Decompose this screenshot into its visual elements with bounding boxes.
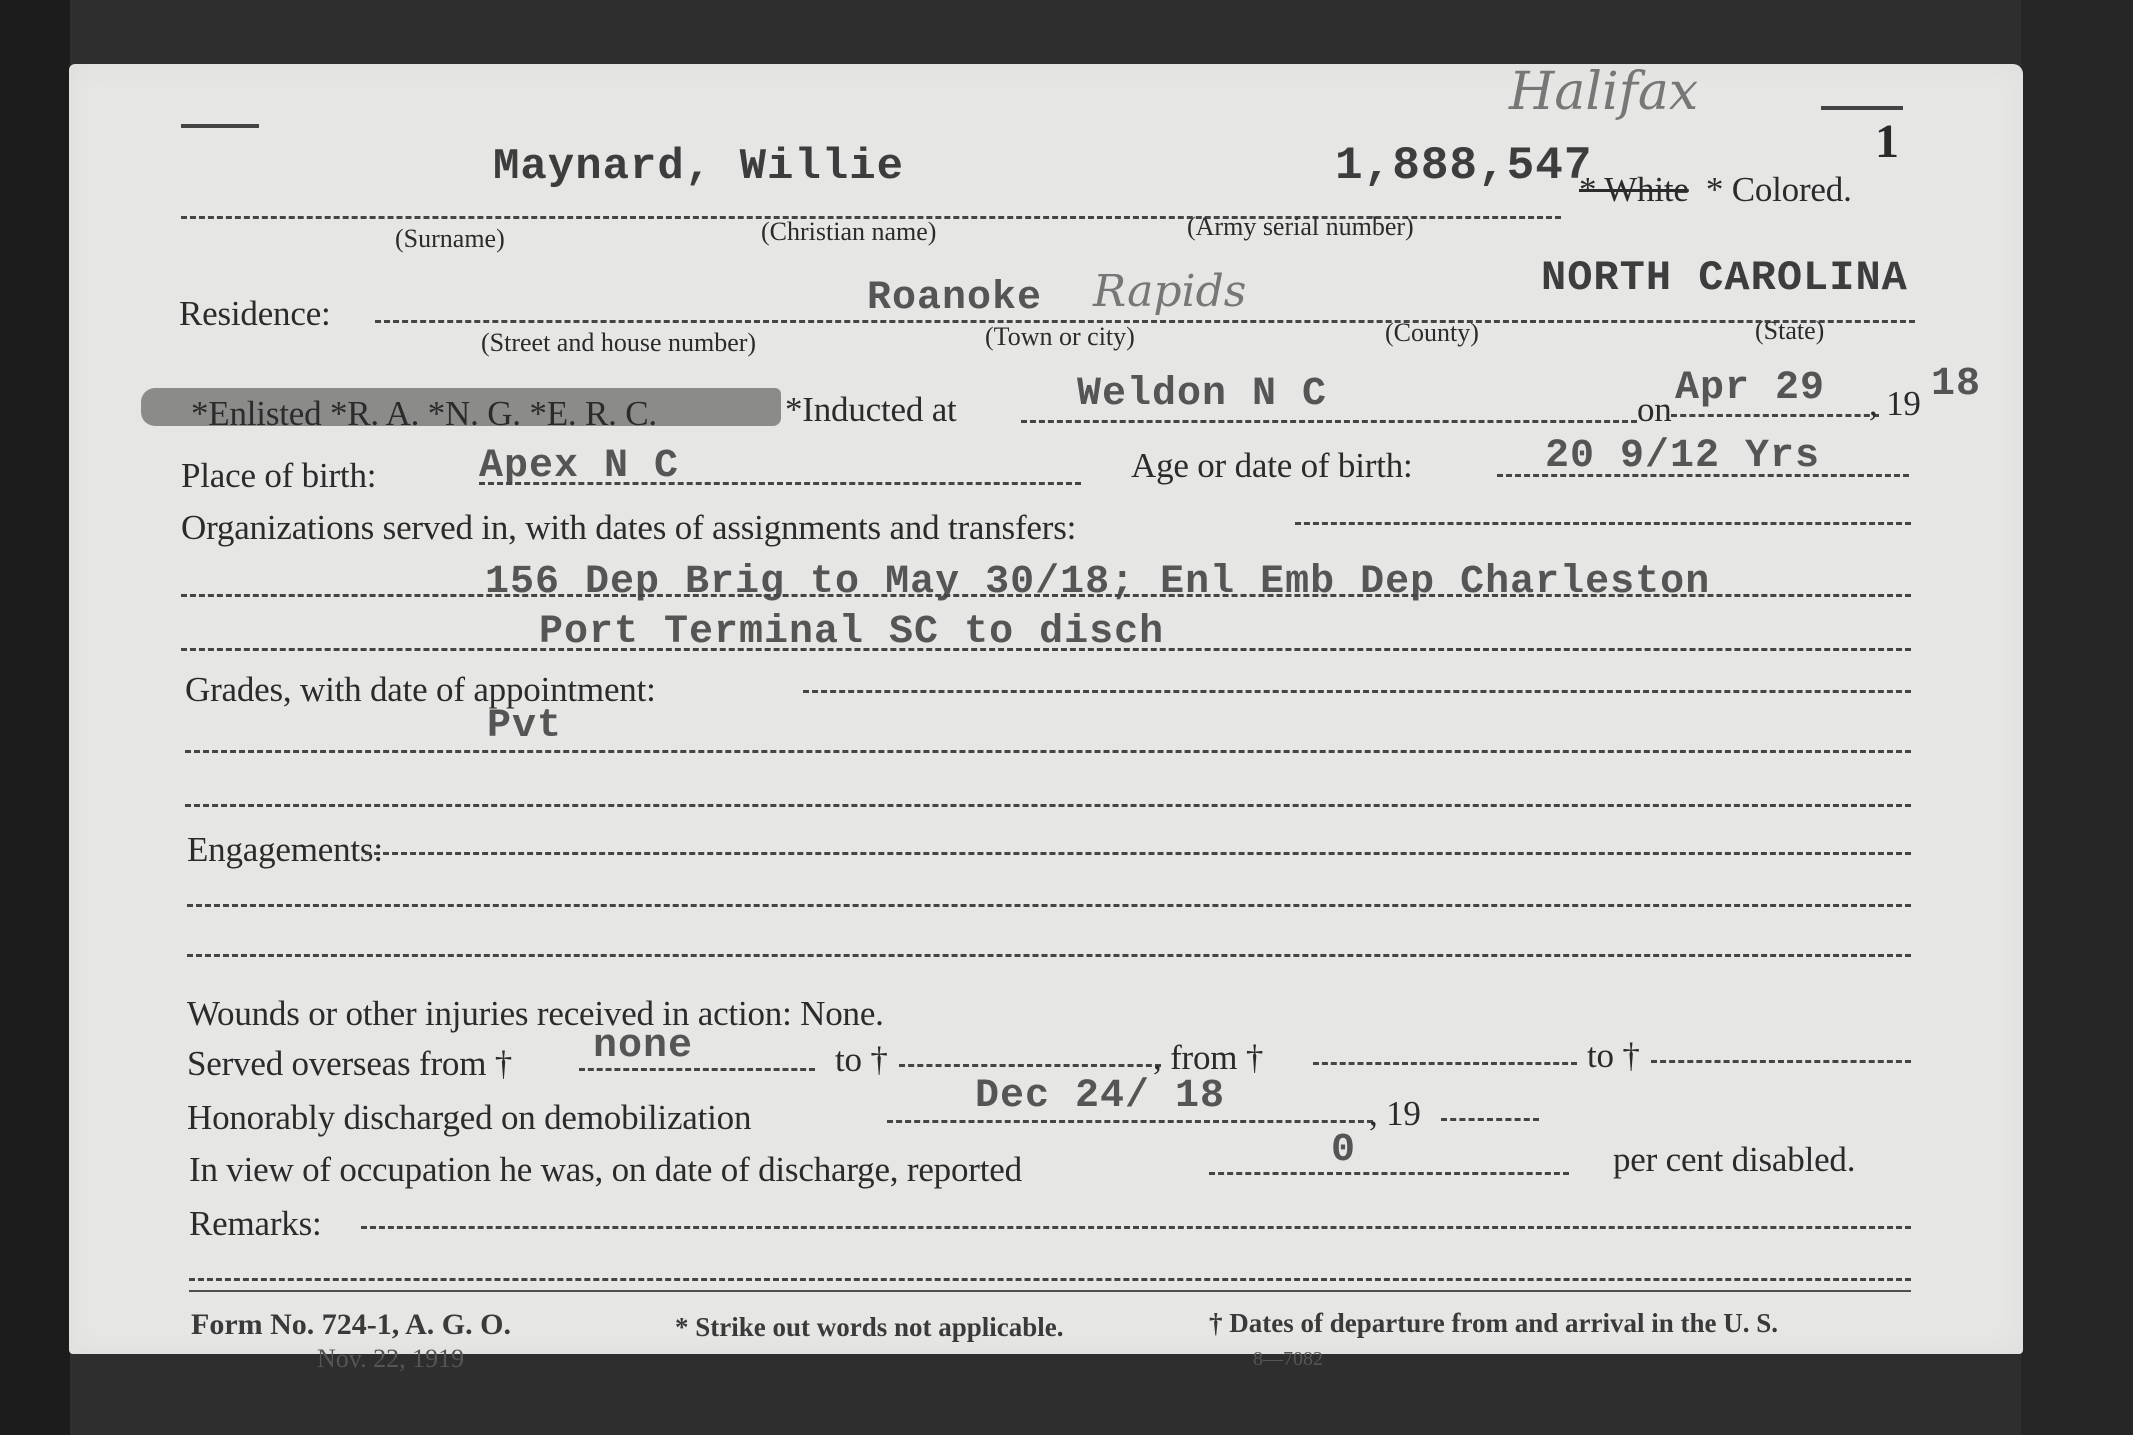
overseas-to-line bbox=[899, 1064, 1161, 1067]
grades-line-0 bbox=[803, 690, 1911, 693]
name-value: Maynard, Willie bbox=[493, 142, 904, 192]
overseas-to2-label: to † bbox=[1587, 1036, 1640, 1076]
discharge-date-value: Dec 24/ 18 bbox=[975, 1074, 1225, 1119]
engagements-line-2 bbox=[187, 954, 1911, 957]
overseas-to2-line bbox=[1651, 1060, 1911, 1063]
inducted-at-label: *Inducted at bbox=[785, 390, 957, 430]
scan-background-right bbox=[2021, 0, 2133, 1435]
wounds-label: Wounds or other injuries received in act… bbox=[187, 994, 884, 1034]
induction-year-prefix: , 19 bbox=[1869, 384, 1921, 424]
grades-line-1 bbox=[185, 750, 1911, 753]
disability-value: 0 bbox=[1331, 1128, 1356, 1173]
grades-value: Pvt bbox=[487, 704, 562, 749]
overseas-from-value: none bbox=[593, 1024, 693, 1069]
form-date: Nov. 22, 1919 bbox=[317, 1344, 464, 1374]
service-record-card: 1 Halifax Maynard, Willie 1,888,547 * Wh… bbox=[69, 64, 2023, 1354]
street-label: (Street and house number) bbox=[481, 328, 756, 358]
place-of-birth-label: Place of birth: bbox=[181, 456, 376, 496]
residence-line bbox=[375, 320, 1915, 323]
organizations-label: Organizations served in, with dates of a… bbox=[181, 508, 1076, 548]
footer-strike-note: * Strike out words not applicable. bbox=[675, 1312, 1064, 1343]
surname-label: (Surname) bbox=[395, 224, 505, 254]
induction-year-value: 18 bbox=[1931, 362, 1981, 407]
place-of-birth-line bbox=[479, 482, 1081, 485]
disability-suffix: per cent disabled. bbox=[1613, 1140, 1855, 1180]
enlistment-options-struck: *Enlisted *R. A. *N. G. *E. R. C. bbox=[191, 394, 657, 434]
disability-label: In view of occupation he was, on date of… bbox=[189, 1150, 1022, 1190]
handwritten-county: Halifax bbox=[1509, 62, 1698, 122]
overseas-from2-line bbox=[1313, 1062, 1577, 1065]
inducted-at-line bbox=[1021, 420, 1637, 423]
town-label: (Town or city) bbox=[985, 322, 1135, 352]
footer-dates-note: † Dates of departure from and arrival in… bbox=[1209, 1308, 1778, 1339]
residence-label: Residence: bbox=[179, 294, 331, 334]
serial-number-label: (Army serial number) bbox=[1187, 212, 1414, 242]
organizations-line-1: 156 Dep Brig to May 30/18; Enl Emb Dep C… bbox=[485, 560, 1710, 605]
remarks-label: Remarks: bbox=[189, 1204, 322, 1244]
serial-number-value: 1,888,547 bbox=[1335, 140, 1592, 192]
engagements-label: Engagements: bbox=[187, 830, 383, 870]
discharge-date-line bbox=[887, 1120, 1373, 1123]
grades-label: Grades, with date of appointment: bbox=[185, 670, 656, 710]
form-number: Form No. 724-1, A. G. O. bbox=[191, 1308, 511, 1342]
engagements-line-1 bbox=[187, 904, 1911, 907]
discharge-year-line bbox=[1441, 1118, 1539, 1121]
race-white-struck: * White bbox=[1579, 170, 1689, 209]
age-value: 20 9/12 Yrs bbox=[1545, 434, 1820, 479]
organizations-line-1-rule bbox=[181, 594, 1911, 597]
age-line bbox=[1497, 474, 1909, 477]
induction-date-value: Apr 29 bbox=[1675, 366, 1825, 411]
discharge-label: Honorably discharged on demobilization bbox=[187, 1098, 751, 1138]
residence-state-value: NORTH CAROLINA bbox=[1541, 254, 1908, 302]
remarks-line-0 bbox=[361, 1226, 1911, 1229]
card-number: 1 bbox=[1875, 114, 1899, 169]
induction-on-label: on bbox=[1637, 390, 1672, 430]
overseas-from-label: Served overseas from † bbox=[187, 1044, 512, 1084]
top-left-mark bbox=[181, 124, 259, 128]
residence-town-handwritten: Rapids bbox=[1093, 266, 1246, 317]
overseas-to-label: to † bbox=[835, 1040, 888, 1080]
top-right-mark bbox=[1821, 106, 1903, 110]
christian-name-label: (Christian name) bbox=[761, 217, 936, 247]
organizations-line-0 bbox=[1295, 522, 1911, 525]
disability-line bbox=[1209, 1172, 1569, 1175]
race-options: * White * Colored. bbox=[1579, 170, 1852, 210]
scan-background-left bbox=[0, 0, 70, 1435]
printer-mark: 8—7082 bbox=[1253, 1348, 1323, 1371]
state-label: (State) bbox=[1755, 316, 1824, 346]
age-label: Age or date of birth: bbox=[1131, 446, 1413, 486]
inducted-at-value: Weldon N C bbox=[1077, 372, 1327, 417]
engagements-line-0 bbox=[365, 852, 1911, 855]
county-label: (County) bbox=[1385, 318, 1479, 348]
induction-date-line bbox=[1671, 414, 1879, 417]
residence-town-typed: Roanoke bbox=[867, 276, 1042, 321]
race-colored: * Colored. bbox=[1706, 170, 1852, 209]
remarks-line-1 bbox=[189, 1278, 1911, 1281]
overseas-from-line bbox=[579, 1068, 815, 1071]
footer-rule bbox=[189, 1290, 1911, 1292]
grades-line-2 bbox=[185, 804, 1911, 807]
discharge-year-suffix: , 19 bbox=[1369, 1094, 1421, 1134]
organizations-line-2-rule bbox=[181, 648, 1911, 651]
overseas-from2-label: , from † bbox=[1153, 1038, 1263, 1078]
